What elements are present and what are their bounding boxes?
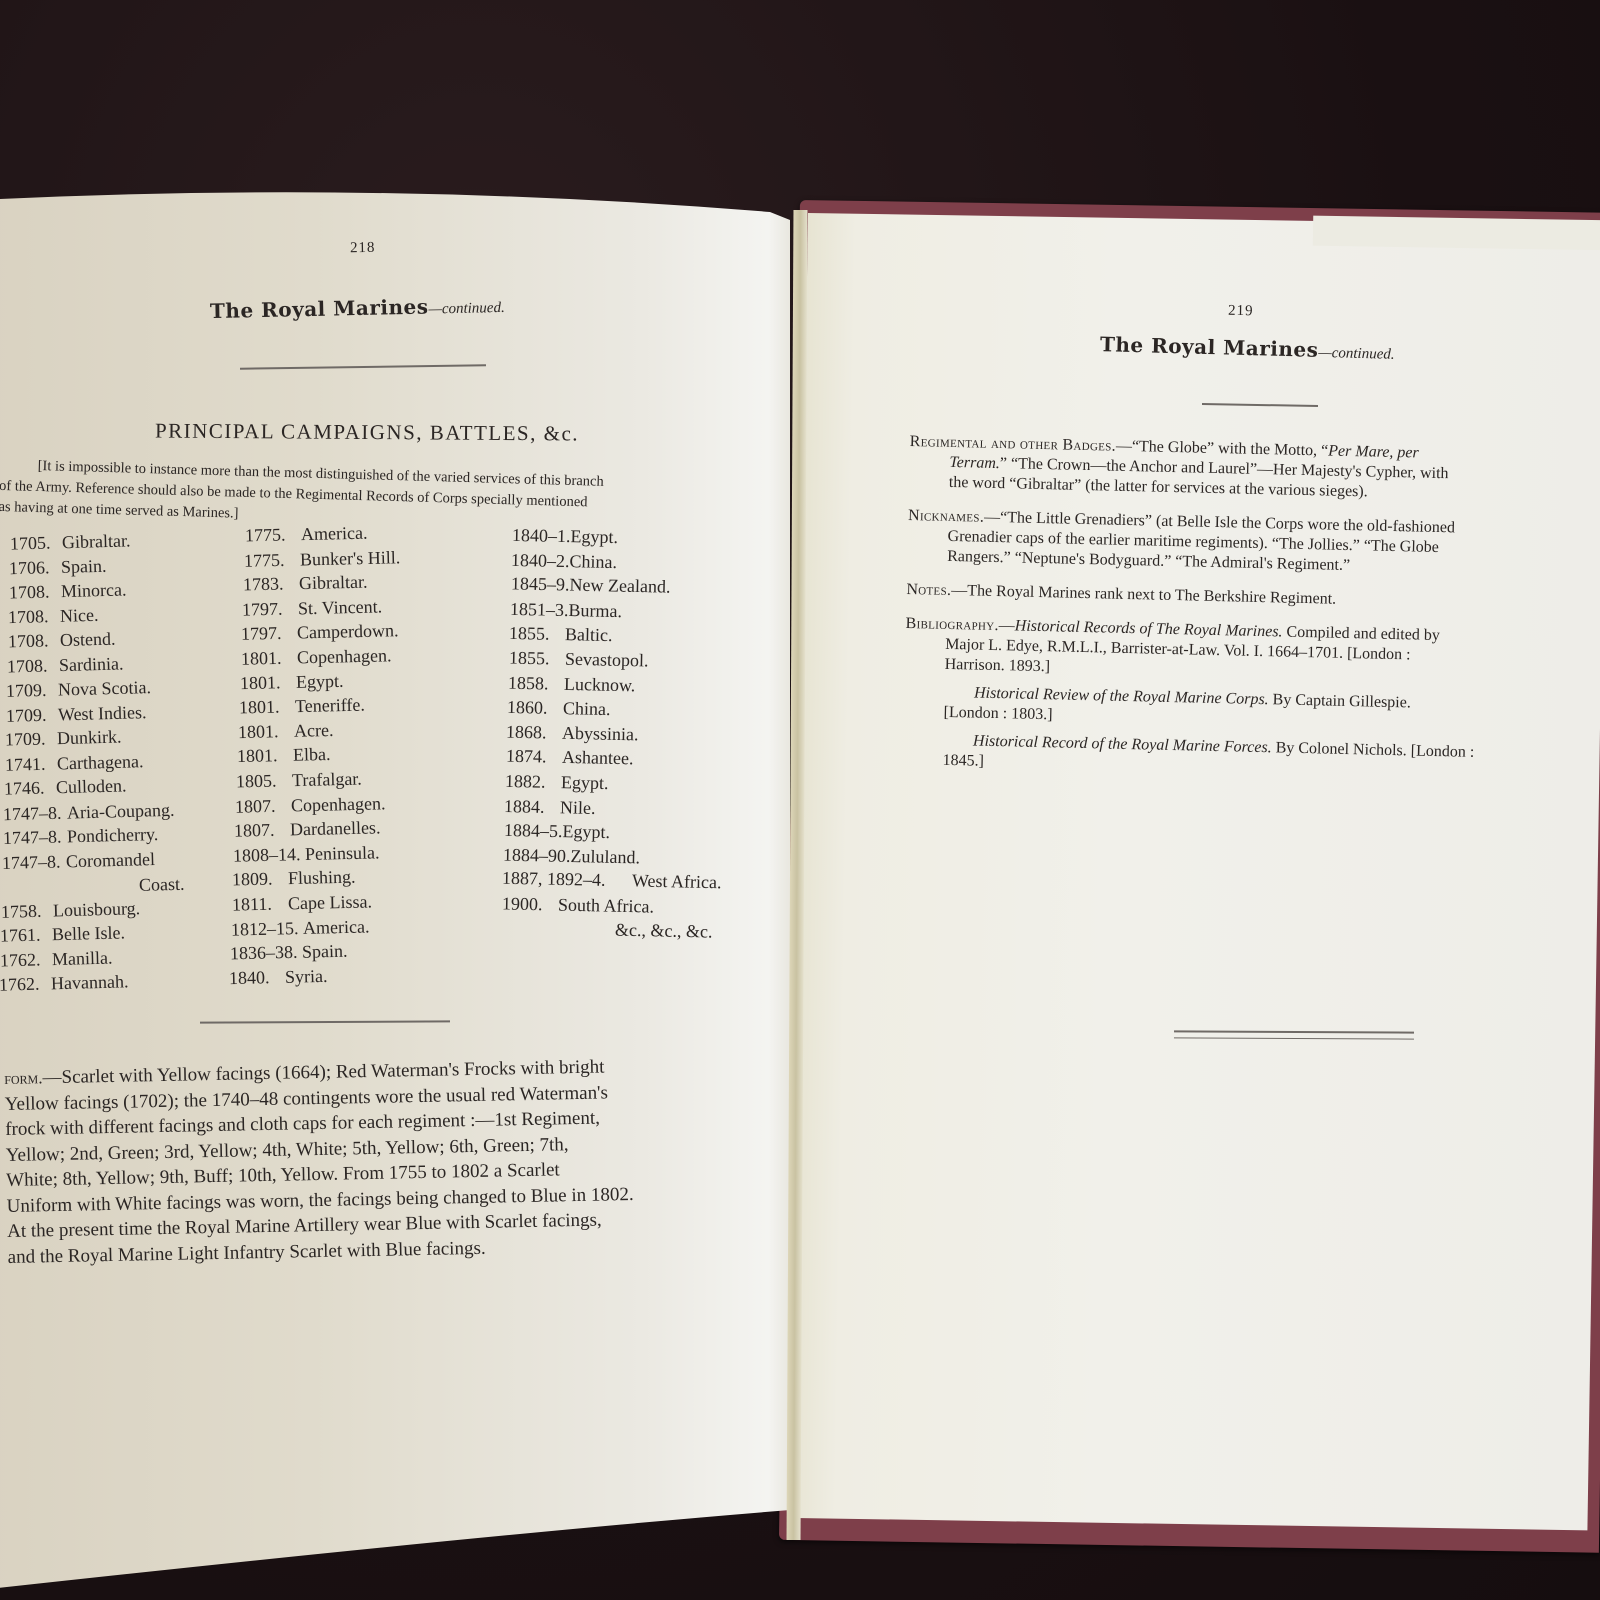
campaign-row: 1874.Ashantee. — [505, 746, 633, 770]
campaign-place: Camperdown. — [297, 621, 399, 643]
campaign-row: 1801.Teneriffe. — [238, 695, 364, 719]
campaign-row: Coast. — [86, 874, 184, 898]
campaign-year: 1709. — [5, 728, 58, 750]
campaign-place: Ostend. — [59, 629, 115, 650]
campaign-row: 1884–5.Egypt. — [503, 820, 609, 843]
campaign-row: 1762.Havannah. — [0, 971, 129, 995]
campaign-place: Peninsula. — [305, 842, 380, 864]
bibliography-label: Bibliography. — [905, 615, 999, 634]
campaign-row: 1708.Ostend. — [7, 629, 115, 653]
campaign-row: 1840–2.China. — [511, 549, 617, 572]
campaign-place: Lucknow. — [564, 673, 636, 694]
campaign-row: 1801.Egypt. — [239, 670, 343, 693]
campaign-row: 1882.Egypt. — [505, 771, 609, 794]
campaign-place: &c., &c., &c. — [615, 919, 713, 941]
campaign-year: 1708. — [9, 581, 62, 603]
campaign-year: 1884. — [504, 796, 560, 818]
campaign-row: 1762.Manilla. — [0, 947, 113, 971]
campaign-year: 1808–14. — [233, 844, 305, 867]
campaign-row: 1709.Nova Scotia. — [6, 677, 151, 702]
campaign-place: Nice. — [60, 604, 99, 625]
campaign-place: Bunker's Hill. — [300, 547, 401, 569]
page-219 — [788, 213, 1600, 1530]
running-head-title: The Royal Marines — [210, 295, 429, 324]
campaign-row: &c., &c., &c. — [559, 918, 713, 942]
campaign-place: Cape Lissa. — [287, 891, 371, 913]
campaign-place: New Zealand. — [569, 575, 670, 597]
campaign-year: 1836–38. — [229, 942, 301, 965]
campaign-row: 1801.Copenhagen. — [240, 645, 391, 669]
campaign-row: 1884–90.Zululand. — [503, 844, 640, 868]
campaign-year: 1801. — [240, 647, 296, 669]
campaign-row: 1807.Copenhagen. — [235, 793, 386, 817]
campaign-year: 1705. — [10, 532, 63, 554]
campaign-row: 1808–14.Peninsula. — [233, 842, 380, 866]
campaign-row: 1811.Cape Lissa. — [231, 891, 371, 915]
campaign-place: Dunkirk. — [57, 726, 122, 748]
campaign-year: 1805. — [236, 770, 292, 792]
campaign-row: 1747–8.Coromandel — [2, 849, 155, 874]
campaign-place: Coast. — [138, 874, 184, 895]
campaign-place: Aria-Coupang. — [67, 799, 175, 822]
campaign-place: Syria. — [285, 966, 328, 987]
campaign-year: 1840–1. — [512, 525, 571, 547]
end-rule-double — [1174, 1030, 1414, 1039]
campaign-place: America. — [301, 523, 368, 545]
campaign-place: Trafalgar. — [292, 769, 362, 791]
campaign-year: 1840. — [229, 967, 285, 989]
campaign-year: 1708. — [7, 630, 60, 652]
campaign-year: 1811. — [231, 893, 287, 915]
campaign-row: 1708.Sardinia. — [7, 653, 124, 677]
campaign-place: West Africa. — [632, 871, 722, 893]
page-edge-strip — [1313, 216, 1600, 251]
campaign-place: Minorca. — [61, 579, 127, 601]
campaign-place: Abyssinia. — [562, 723, 639, 745]
campaign-year: 1709. — [6, 704, 59, 726]
campaign-place: Gibraltar. — [299, 572, 368, 594]
campaign-year: 1708. — [8, 605, 61, 627]
campaign-place: St. Vincent. — [298, 596, 383, 618]
campaign-row: 1747–8.Aria-Coupang. — [3, 799, 175, 824]
campaign-row: 1758.Louisbourg. — [1, 898, 141, 923]
campaign-year: 1747–8. — [2, 851, 67, 874]
campaign-year: 1801. — [238, 696, 294, 718]
campaign-row: 1840–1.Egypt. — [512, 525, 618, 548]
campaign-place: Nova Scotia. — [58, 677, 151, 699]
campaign-year: 1801. — [239, 672, 295, 694]
campaign-place: Sevastopol. — [564, 649, 648, 671]
campaign-row: 1812–15.America. — [230, 916, 369, 940]
campaign-place: Carthagena. — [56, 751, 143, 773]
campaign-year: 1775. — [244, 549, 300, 571]
campaign-year: 1746. — [4, 777, 57, 799]
campaign-row: 1860.China. — [507, 697, 611, 720]
campaign-year: 1900. — [501, 893, 557, 915]
campaign-place: Coromandel — [66, 849, 155, 871]
campaign-year: 1868. — [506, 721, 562, 743]
campaign-year: 1884–90. — [503, 844, 571, 866]
uniform-label: form. — [4, 1068, 43, 1088]
campaign-place: Manilla. — [52, 947, 113, 969]
campaign-row: 1840.Syria. — [229, 966, 328, 989]
campaign-year: 1708. — [7, 655, 60, 677]
campaign-place: Ashantee. — [561, 747, 633, 768]
campaign-year: 1797. — [242, 598, 298, 620]
campaign-year: 1762. — [0, 949, 52, 971]
campaign-place: Gibraltar. — [62, 530, 131, 552]
section-title: PRINCIPAL CAMPAIGNS, BATTLES, &c. — [155, 419, 579, 447]
campaign-place: Spain. — [301, 941, 347, 962]
campaign-year: 1783. — [243, 573, 299, 595]
campaign-place: Sardinia. — [59, 653, 124, 675]
campaign-year: 1807. — [235, 795, 291, 817]
campaign-row: 1845–9.New Zealand. — [510, 574, 670, 598]
campaign-row: 1708.Minorca. — [9, 579, 127, 603]
campaign-row: 1801.Acre. — [238, 720, 334, 743]
campaign-row: 1851–3.Burma. — [510, 599, 622, 622]
campaign-year: 1775. — [245, 524, 301, 546]
campaign-row: 1708.Nice. — [8, 604, 99, 627]
campaign-row: 1805.Trafalgar. — [236, 769, 362, 793]
campaign-row: 1783.Gibraltar. — [243, 572, 368, 596]
campaign-year: 1801. — [237, 745, 293, 767]
campaign-row: 1855.Baltic. — [509, 623, 613, 646]
campaign-place: Teneriffe. — [294, 695, 364, 717]
campaign-place: Baltic. — [565, 624, 613, 645]
running-head-continued: —continued. — [428, 300, 505, 318]
campaign-place: Culloden. — [56, 775, 127, 797]
campaign-year — [559, 934, 615, 935]
campaign-row: 1801.Elba. — [237, 744, 331, 767]
campaign-row: 1884.Nile. — [504, 796, 596, 819]
page-number-left: 218 — [350, 240, 376, 257]
campaign-place: Zululand. — [570, 846, 640, 867]
badges-entry: Regimental and other Badges.—“The Globe”… — [909, 432, 1450, 504]
campaign-place: West Indies. — [58, 702, 147, 724]
campaign-row: 1775.Bunker's Hill. — [244, 547, 401, 572]
campaign-row: 1836–38.Spain. — [229, 941, 347, 965]
campaign-row: 1705.Gibraltar. — [10, 530, 131, 554]
campaign-row: 1797.St. Vincent. — [242, 596, 383, 620]
campaign-year — [87, 891, 139, 892]
campaign-place: Havannah. — [51, 971, 129, 993]
campaign-row: 1746.Culloden. — [4, 775, 127, 799]
nicknames-entry: Nicknames.—“The Little Grenadiers” (at B… — [907, 506, 1455, 578]
campaign-place: Flushing. — [288, 867, 356, 889]
campaign-place: Egypt. — [295, 670, 343, 691]
campaign-row: 1855.Sevastopol. — [508, 648, 648, 672]
page-number-right: 219 — [1228, 303, 1254, 320]
campaign-year: 1882. — [505, 771, 561, 793]
campaign-year: 1845–9. — [510, 574, 569, 596]
campaign-place: Copenhagen. — [291, 793, 386, 815]
campaign-year: 1840–2. — [511, 549, 570, 571]
campaign-year: 1855. — [509, 623, 565, 645]
campaign-year: 1747–8. — [3, 802, 68, 825]
campaign-place: Egypt. — [561, 772, 609, 793]
campaign-year: 1797. — [241, 623, 297, 645]
campaign-year: 1809. — [232, 869, 288, 891]
campaign-row: 1775.America. — [245, 523, 368, 547]
campaign-year: 1747–8. — [3, 826, 68, 849]
campaign-row: 1761.Belle Isle. — [0, 922, 125, 946]
campaign-place: China. — [563, 698, 611, 719]
campaign-year: 1874. — [505, 746, 561, 768]
campaign-row: 1709.West Indies. — [6, 702, 147, 727]
campaign-row: 1900.South Africa. — [501, 893, 653, 917]
campaign-row: 1858.Lucknow. — [508, 672, 636, 696]
uniform-paragraph: form.—Scarlet with Yellow facings (1664)… — [4, 1051, 768, 1270]
notes-label: Notes. — [906, 581, 951, 599]
campaign-year: 1741. — [4, 753, 57, 775]
campaign-row: 1797.Camperdown. — [241, 621, 399, 646]
campaign-year: 1860. — [507, 697, 563, 719]
campaign-row: 1809.Flushing. — [232, 867, 356, 891]
campaign-place: Dardanelles. — [290, 818, 381, 840]
campaign-place: Louisbourg. — [53, 898, 141, 920]
campaign-place: Burma. — [568, 600, 622, 621]
campaign-row: 1747–8.Pondicherry. — [3, 824, 159, 849]
campaign-year: 1855. — [508, 648, 564, 670]
campaign-row: 1706.Spain. — [9, 555, 107, 579]
campaign-place: America. — [302, 916, 369, 938]
campaign-year: 1709. — [6, 680, 59, 702]
campaign-place: Acre. — [294, 720, 334, 741]
campaign-year: 1807. — [234, 820, 290, 842]
campaign-place: Pondicherry. — [67, 824, 159, 846]
campaign-year: 1762. — [0, 973, 51, 995]
campaign-place: Belle Isle. — [52, 922, 125, 944]
campaign-year: 1851–3. — [510, 599, 569, 621]
campaign-place: South Africa. — [557, 895, 653, 917]
badges-label: Regimental and other Badges. — [910, 433, 1117, 455]
campaign-place: Egypt. — [570, 526, 618, 547]
bibliography-entry: Bibliography.—Historical Records of The … — [902, 614, 1477, 783]
campaign-year: 1801. — [238, 721, 294, 743]
campaign-row: 1709.Dunkirk. — [5, 726, 122, 750]
campaign-year: 1758. — [1, 900, 54, 922]
campaign-place: Elba. — [293, 744, 331, 765]
campaign-place: Spain. — [61, 555, 107, 576]
campaign-year: 1761. — [0, 924, 53, 946]
campaign-year: 1858. — [508, 672, 564, 694]
campaign-year: 1887, 1892–4. — [502, 868, 632, 892]
campaign-row: 1868.Abyssinia. — [506, 721, 639, 745]
campaign-year: 1884–5. — [503, 820, 562, 842]
campaign-place: China. — [570, 551, 618, 572]
nicknames-label: Nicknames. — [908, 507, 984, 526]
campaign-year: 1812–15. — [230, 918, 302, 941]
campaign-place: Nile. — [560, 797, 596, 818]
campaign-place: Copenhagen. — [296, 645, 391, 667]
campaign-row: 1807.Dardanelles. — [234, 818, 381, 842]
running-head-continued: —continued. — [1318, 345, 1395, 363]
campaign-place: Egypt. — [562, 821, 610, 842]
campaign-year: 1706. — [9, 556, 62, 578]
campaign-row: 1741.Carthagena. — [4, 751, 143, 776]
